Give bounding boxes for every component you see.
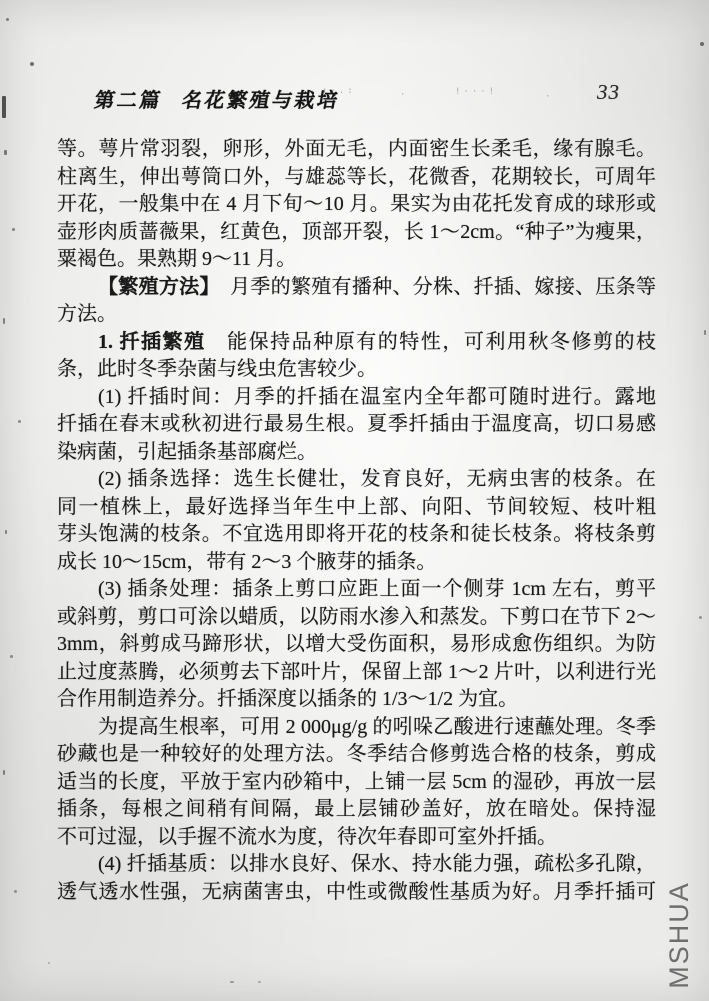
text-line: 条，此时冬季杂菌与线虫危害较少。: [57, 356, 656, 384]
scan-smudge: !···!: [455, 87, 497, 97]
scan-noise: [6, 18, 9, 21]
text-line: 同一植株上，最好选择当年生中上部、向阳、节间较短、枝叶粗壮、: [57, 494, 656, 522]
scan-noise: [10, 655, 13, 658]
scan-noise: [12, 228, 15, 231]
scanned-book-page: 第二篇名花繁殖与栽培 :·.: · !···! · 33 等。萼片常羽裂，卵形，…: [0, 0, 709, 1001]
scan-noise: [230, 981, 234, 983]
scan-noise: [14, 890, 17, 893]
text-line: 或斜剪，剪口可涂以蜡质，以防雨水渗入和蒸发。下剪口在节下 2～: [57, 604, 656, 632]
text-line: 壶形肉质蔷薇果，红黄色，顶部开裂，长 1～2cm。“种子”为瘦果，: [57, 219, 656, 247]
text-line: 透气透水性强，无病菌害虫，中性或微酸性基质为好。月季扦插可: [57, 879, 656, 907]
text-line: 适当的长度，平放于室内砂箱中，上铺一层 5cm 的湿砂，再放一层: [57, 769, 656, 797]
scan-noise: [2, 96, 6, 118]
scan-noise: [5, 530, 7, 534]
page-number: 33: [597, 80, 620, 105]
watermark-text: MSHUA: [665, 876, 693, 994]
scan-smudge: ·: [400, 90, 408, 100]
text-line: 方法。: [57, 301, 656, 329]
text-line: (4) 扦插基质：以排水良好、保水、持水能力强，疏松多孔隙，: [57, 851, 656, 879]
text-line: 开花，一般集中在 4 月下旬～10 月。果实为由花托发育成的球形或: [57, 191, 656, 219]
text-line: 1. 扦插繁殖 能保持品种原有的特性，可利用秋冬修剪的枝: [57, 329, 656, 357]
text-line: (2) 插条选择：选生长健壮，发育良好，无病虫害的枝条。在: [57, 466, 656, 494]
text-line: 合作用制造养分。扦插深度以插条的 1/3～1/2 为宜。: [57, 686, 656, 714]
scan-noise: [700, 42, 704, 46]
text-line: 粟褐色。果熟期 9～11 月。: [57, 246, 656, 274]
text-line: 柱离生，伸出萼筒口外，与雄蕊等长，花微香，花期较长，可周年: [57, 164, 656, 192]
scan-noise: [30, 62, 34, 66]
text-line: 扦插在春末或秋初进行最易生根。夏季扦插由于温度高，切口易感: [57, 411, 656, 439]
text-line: 【繁殖方法】 月季的繁殖有播种、分株、扦插、嫁接、压条等: [57, 274, 656, 302]
text-line: 染病菌，引起插条基部腐烂。: [57, 439, 656, 467]
bold-run: 1. 扦插繁殖: [98, 331, 206, 353]
scan-noise: [704, 330, 706, 335]
section-label: 第二篇: [93, 90, 164, 112]
text-line: 止过度蒸腾，必须剪去下部叶片，保留上部 1～2 片叶，以利进行光: [57, 659, 656, 687]
scan-noise: [3, 770, 5, 775]
text-line: 成长 10～15cm，带有 2～3 个腋芽的插条。: [57, 549, 656, 577]
text-line: 砂藏也是一种较好的处理方法。冬季结合修剪选合格的枝条，剪成: [57, 741, 656, 769]
running-header: 第二篇名花繁殖与栽培: [92, 84, 342, 113]
scan-smudge: ·: [545, 92, 553, 102]
text-line: 插条，每根之间稍有间隔，最上层铺砂盖好，放在暗处。保持湿润，: [57, 796, 656, 824]
bold-run: 【繁殖方法】: [98, 276, 210, 298]
scan-noise: [258, 981, 261, 983]
scan-noise: [18, 420, 21, 423]
page-body: 等。萼片常羽裂，卵形，外面无毛，内面密生长柔毛，缘有腺毛。花柱离生，伸出萼筒口外…: [57, 136, 656, 906]
text-line: 等。萼片常羽裂，卵形，外面无毛，内面密生长柔毛，缘有腺毛。花: [57, 136, 656, 164]
scan-noise: [4, 150, 7, 155]
chapter-title: 名花繁殖与栽培: [180, 90, 341, 112]
scan-noise: [48, 962, 50, 964]
text-line: (3) 插条处理：插条上剪口应距上面一个侧芽 1cm 左右，剪平: [57, 576, 656, 604]
scan-smudge: :·.:: [322, 86, 356, 96]
scan-noise: [3, 318, 5, 324]
text-line: 不可过湿，以手握不流水为度，待次年春即可室外扦插。: [57, 824, 656, 852]
text-line: (1) 扦插时间：月季的扦插在温室内全年都可随时进行。露地: [57, 384, 656, 412]
text-line: 3mm，斜剪成马蹄形状，以增大受伤面积，易形成愈伤组织。为防: [57, 631, 656, 659]
scan-noise: [699, 616, 702, 619]
text-line: 为提高生根率，可用 2 000μg/g 的吲哚乙酸进行速蘸处理。冬季: [57, 714, 656, 742]
text-line: 芽头饱满的枝条。不宜选用即将开花的枝条和徒长枝条。将枝条剪: [57, 521, 656, 549]
